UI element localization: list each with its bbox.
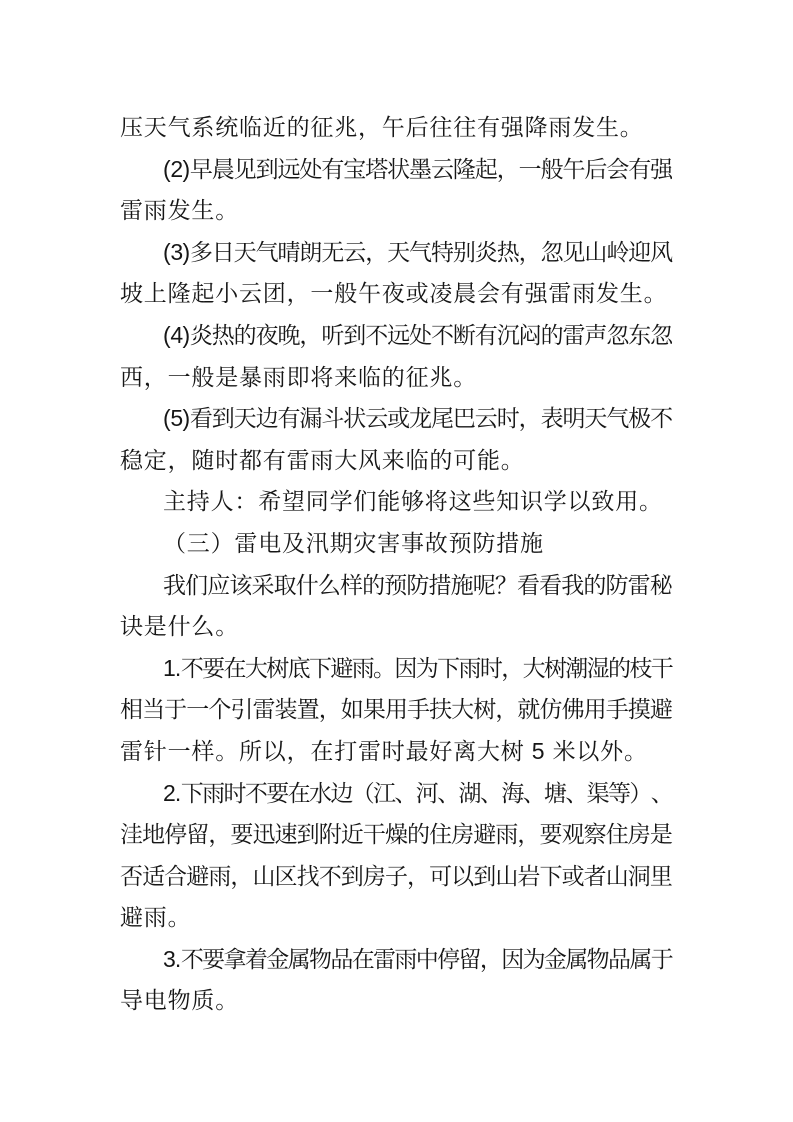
text-char: 漏 [299, 398, 321, 440]
text-char: ， [365, 232, 387, 274]
text-char: 一 [519, 149, 541, 191]
text-char: 有 [321, 149, 343, 191]
text-char: 看 [539, 565, 561, 607]
text-char: 听 [321, 315, 343, 357]
text-line: 避雨。 [120, 897, 672, 939]
text-char: 属 [629, 939, 650, 981]
text-char: 等 [608, 773, 629, 815]
text-char: 合 [164, 856, 186, 898]
text-char: 不 [365, 315, 387, 357]
text-char: 般 [541, 149, 563, 191]
text-char: （ [352, 773, 373, 815]
text-char: 为 [416, 648, 437, 690]
text-char: 物 [587, 939, 608, 981]
text-char: 要 [202, 648, 223, 690]
text-char: 避 [473, 814, 495, 856]
text-char: 就 [517, 689, 539, 731]
text-block: 压天气系统临近的征兆，午后往往有强降雨发生。(2)早晨见到远处有宝塔状墨云隆起，… [120, 107, 672, 1022]
text-char: 3 [163, 939, 175, 981]
text-char: 宝 [343, 149, 365, 191]
text-char: 应 [207, 565, 229, 607]
text-char: 状 [343, 398, 365, 440]
text-char: ( [163, 149, 170, 191]
text-char: 相 [120, 689, 142, 731]
text-char: 什 [296, 565, 318, 607]
text-char: 东 [628, 315, 650, 357]
text-char: 忽 [650, 315, 672, 357]
text-char: 沉 [497, 315, 519, 357]
text-char: 预 [384, 565, 406, 607]
text-char: 龙 [409, 398, 431, 440]
text-char: 留 [458, 939, 479, 981]
text-char: 我 [561, 565, 583, 607]
text-char: 否 [120, 856, 142, 898]
text-char: 无 [321, 232, 343, 274]
text-char: 1 [163, 648, 175, 690]
text-char: 见 [562, 232, 584, 274]
text-char: 炎 [190, 315, 212, 357]
text-char: 到 [343, 315, 365, 357]
text-char: ， [519, 232, 541, 274]
text-char: 4 [170, 315, 182, 357]
text-char: 看 [190, 398, 212, 440]
text-char: 当 [142, 689, 164, 731]
text-char: 隆 [453, 149, 475, 191]
text-char: 渠 [587, 773, 608, 815]
text-char: 的 [234, 315, 256, 357]
text-char: 雷 [373, 939, 394, 981]
text-char: 防 [606, 565, 628, 607]
text-char: 尾 [431, 398, 453, 440]
text-char: 手 [407, 689, 429, 731]
text-char: 山 [584, 232, 606, 274]
text-char: 速 [275, 814, 297, 856]
text-char: 引 [230, 689, 252, 731]
text-char: 表 [541, 398, 563, 440]
text-char: ， [299, 315, 321, 357]
text-char: 扶 [429, 689, 451, 731]
text-char: 避 [650, 689, 672, 731]
text-char: 时 [224, 773, 245, 815]
text-char: 区 [275, 856, 297, 898]
text-char: 别 [453, 232, 475, 274]
text-char: 适 [142, 856, 164, 898]
text-line: 否适合避雨，山区找不到房子，可以到山岩下或者山洞里 [120, 856, 672, 898]
text-line: 西，一般是暴雨即将来临的征兆。 [120, 357, 672, 399]
text-char: 岩 [517, 856, 539, 898]
text-char: 炎 [475, 232, 497, 274]
text-char: 个 [208, 689, 230, 731]
text-char: 品 [330, 939, 351, 981]
text-char: 云 [365, 398, 387, 440]
text-line: 1.不要在大树底下避雨。因为下雨时，大树潮湿的枝干 [120, 648, 672, 690]
text-char: 找 [297, 856, 319, 898]
text-char: 见 [234, 149, 256, 191]
text-char: 气 [409, 232, 431, 274]
text-char: 拿 [224, 939, 245, 981]
text-char: 处 [409, 315, 431, 357]
text-line: 导电物质。 [120, 980, 672, 1022]
text-char: 可 [429, 856, 451, 898]
text-char: 大 [523, 648, 544, 690]
text-char: 有 [475, 315, 497, 357]
text-char: 物 [309, 939, 330, 981]
text-char: 雨 [208, 856, 230, 898]
text-char: 热 [212, 315, 234, 357]
text-char: 天 [234, 232, 256, 274]
text-char: 树 [473, 689, 495, 731]
text-char: 装 [275, 689, 297, 731]
text-char: 、 [523, 773, 544, 815]
text-char: 雨 [352, 648, 373, 690]
text-char: 、 [565, 773, 586, 815]
text-char: 雨 [495, 814, 517, 856]
text-char: 、 [480, 773, 501, 815]
text-char: 如 [341, 689, 363, 731]
text-char: 山 [495, 856, 517, 898]
text-char: ） [629, 773, 650, 815]
text-char: ) [183, 149, 190, 191]
text-char: 于 [651, 939, 672, 981]
text-char: ， [497, 149, 519, 191]
text-char: 风 [650, 232, 672, 274]
text-char: 属 [288, 939, 309, 981]
text-char: 雨 [202, 773, 223, 815]
text-char: 果 [363, 689, 385, 731]
text-char: 附 [319, 814, 341, 856]
text-char: 观 [562, 814, 584, 856]
text-char: 湿 [587, 648, 608, 690]
text-char: 边 [256, 398, 278, 440]
text-char: 晚 [278, 315, 300, 357]
text-char: 干 [363, 814, 385, 856]
text-char: 察 [584, 814, 606, 856]
text-char: 斗 [321, 398, 343, 440]
text-char: 的 [583, 565, 605, 607]
text-char: 洞 [628, 856, 650, 898]
text-char: 湖 [458, 773, 479, 815]
text-char: 为 [523, 939, 544, 981]
text-char: 燥 [385, 814, 407, 856]
text-char: 有 [278, 398, 300, 440]
text-char: 状 [387, 149, 409, 191]
text-char: 手 [606, 689, 628, 731]
text-char: ， [407, 856, 429, 898]
text-char: 是 [650, 814, 672, 856]
text-char: 、 [651, 773, 672, 815]
text-char: 晨 [212, 149, 234, 191]
text-char: 样 [340, 565, 362, 607]
text-char: 迎 [628, 232, 650, 274]
text-char: 忽 [541, 232, 563, 274]
text-char: 云 [343, 232, 365, 274]
text-char: 2 [163, 773, 175, 815]
text-char: 强 [650, 149, 672, 191]
text-char: ( [163, 232, 170, 274]
text-char: 呢 [473, 565, 495, 607]
text-char: ， [501, 648, 522, 690]
text-char: 潮 [565, 648, 586, 690]
text-char: 着 [245, 939, 266, 981]
text-char: ) [183, 232, 190, 274]
text-char: ， [517, 814, 539, 856]
text-char: ， [230, 856, 252, 898]
text-char: 要 [539, 814, 561, 856]
text-char: 金 [266, 939, 287, 981]
text-char: 3 [170, 232, 182, 274]
text-char: 墨 [409, 149, 431, 191]
text-char: 云 [431, 149, 453, 191]
text-char: 用 [584, 689, 606, 731]
text-char: 洼 [120, 814, 142, 856]
text-char: 金 [544, 939, 565, 981]
text-char: 2 [170, 149, 182, 191]
text-char: 不 [245, 773, 266, 815]
text-char: 不 [650, 398, 672, 440]
text-line: 主持人：希望同学们能够将这些知识学以致用。 [120, 481, 672, 523]
text-char: 巴 [453, 398, 475, 440]
text-char: 大 [245, 648, 266, 690]
text-char: 因 [501, 939, 522, 981]
text-char: 有 [628, 149, 650, 191]
text-char: 雨 [394, 939, 415, 981]
text-char: ( [163, 398, 170, 440]
text-char: 到 [473, 856, 495, 898]
text-char: 枝 [629, 648, 650, 690]
text-line: 雷针一样。所以，在打雷时最好离大树 5 米以外。 [120, 731, 672, 773]
text-char: 气 [606, 398, 628, 440]
text-char: 避 [330, 648, 351, 690]
text-char: 取 [274, 565, 296, 607]
text-char: 后 [584, 149, 606, 191]
text-char: 、 [394, 773, 415, 815]
text-char: 于 [164, 689, 186, 731]
text-char: 早 [190, 149, 212, 191]
text-char: 下 [539, 856, 561, 898]
text-char: ， [319, 689, 341, 731]
text-char: 晴 [278, 232, 300, 274]
text-char: 不 [181, 939, 202, 981]
text-char: 防 [406, 565, 428, 607]
text-char: 住 [429, 814, 451, 856]
text-char: 置 [297, 689, 319, 731]
text-char: 声 [584, 315, 606, 357]
text-char: 闷 [519, 315, 541, 357]
text-char: 到 [256, 149, 278, 191]
text-char: 到 [297, 814, 319, 856]
text-char: 以 [451, 856, 473, 898]
text-char: 起 [475, 149, 497, 191]
text-char: 住 [606, 814, 628, 856]
text-char: 极 [628, 398, 650, 440]
text-line: 坡上隆起小云团，一般午夜或凌晨会有强雷雨发生。 [120, 273, 672, 315]
text-char: 塔 [365, 149, 387, 191]
text-char: 朗 [299, 232, 321, 274]
text-char: 时 [497, 398, 519, 440]
text-char: 在 [352, 939, 373, 981]
text-char: 天 [584, 398, 606, 440]
text-char: 干 [651, 648, 672, 690]
text-char: 者 [584, 856, 606, 898]
text-char: 子 [385, 856, 407, 898]
text-char: ？ [495, 565, 517, 607]
text-char: 留 [186, 814, 208, 856]
text-char: 的 [362, 565, 384, 607]
text-line: 洼地停留，要迅速到附近干燥的住房避雨，要观察住房是 [120, 814, 672, 856]
text-char: 下 [181, 773, 202, 815]
text-line: 3.不要拿着金属物品在雷雨中停留，因为金属物品属于 [120, 939, 672, 981]
text-char: 雷 [628, 565, 650, 607]
text-char: 在 [224, 648, 245, 690]
text-char: 雷 [562, 315, 584, 357]
text-line: 诀是什么。 [120, 606, 672, 648]
text-char: 时 [480, 648, 501, 690]
text-char: 属 [565, 939, 586, 981]
text-char: 山 [606, 856, 628, 898]
text-char: 地 [142, 814, 164, 856]
text-char: ， [495, 689, 517, 731]
text-char: 停 [437, 939, 458, 981]
text-char: 水 [309, 773, 330, 815]
text-char: 看 [517, 565, 539, 607]
text-char: ) [183, 315, 190, 357]
text-char: 要 [266, 773, 287, 815]
text-char: 措 [429, 565, 451, 607]
text-char: 热 [497, 232, 519, 274]
text-char: 雨 [458, 648, 479, 690]
text-char: 日 [212, 232, 234, 274]
text-line: （三）雷电及汛期灾害事故预防措施 [120, 523, 672, 565]
text-char: 或 [387, 398, 409, 440]
text-char: 树 [266, 648, 287, 690]
text-char: ， [519, 398, 541, 440]
text-char: 要 [230, 814, 252, 856]
text-char: 气 [256, 232, 278, 274]
text-char: 房 [451, 814, 473, 856]
text-char: 下 [309, 648, 330, 690]
text-char: 天 [387, 232, 409, 274]
text-char: 们 [185, 565, 207, 607]
text-char: 夜 [256, 315, 278, 357]
text-char: 不 [319, 856, 341, 898]
text-char: 么 [318, 565, 340, 607]
text-char: 或 [562, 856, 584, 898]
text-char: 我 [163, 565, 185, 607]
text-char: 的 [407, 814, 429, 856]
text-char: 忽 [606, 315, 628, 357]
text-line: (2)早晨见到远处有宝塔状墨云隆起，一般午后会有强 [120, 149, 672, 191]
text-char: 特 [431, 232, 453, 274]
text-char: 河 [416, 773, 437, 815]
text-char: 摸 [628, 689, 650, 731]
text-line: 2.下雨时不要在水边（江、河、湖、海、塘、渠等）、 [120, 773, 672, 815]
text-char: 明 [562, 398, 584, 440]
text-char: 要 [202, 939, 223, 981]
text-char: 中 [416, 939, 437, 981]
text-char: 房 [628, 814, 650, 856]
text-char: 山 [252, 856, 274, 898]
text-char: 避 [186, 856, 208, 898]
text-char: 树 [544, 648, 565, 690]
text-char: 断 [453, 315, 475, 357]
text-char: 到 [341, 856, 363, 898]
text-char: ， [208, 814, 230, 856]
text-char: 房 [363, 856, 385, 898]
text-char: 仿 [539, 689, 561, 731]
text-char: 不 [431, 315, 453, 357]
text-char: 云 [475, 398, 497, 440]
text-char: 午 [562, 149, 584, 191]
text-line: (3)多日天气晴朗无云，天气特别炎热，忽见山岭迎风 [120, 232, 672, 274]
text-char: 不 [181, 648, 202, 690]
text-char: 下 [437, 648, 458, 690]
text-char: 在 [288, 773, 309, 815]
text-char: 里 [650, 856, 672, 898]
text-char: 因 [394, 648, 415, 690]
text-char: 远 [278, 149, 300, 191]
text-char: 秘 [650, 565, 672, 607]
text-line: 我们应该采取什么样的预防措施呢？看看我的防雷秘 [120, 565, 672, 607]
text-char: 停 [164, 814, 186, 856]
text-char: 处 [299, 149, 321, 191]
text-char: 品 [608, 939, 629, 981]
text-char: 边 [330, 773, 351, 815]
text-char: 的 [608, 648, 629, 690]
text-char: 用 [385, 689, 407, 731]
text-char: 、 [437, 773, 458, 815]
text-char: 佛 [562, 689, 584, 731]
text-char: ， [480, 939, 501, 981]
text-char: 5 [170, 398, 182, 440]
text-line: (4)炎热的夜晚，听到不远处不断有沉闷的雷声忽东忽 [120, 315, 672, 357]
document-page: 压天气系统临近的征兆，午后往往有强降雨发生。(2)早晨见到远处有宝塔状墨云隆起，… [0, 0, 793, 1122]
text-char: 大 [451, 689, 473, 731]
text-char: 到 [212, 398, 234, 440]
text-char: 迅 [252, 814, 274, 856]
text-char: 岭 [606, 232, 628, 274]
text-char: 会 [606, 149, 628, 191]
text-line: 雷雨发生。 [120, 190, 672, 232]
text-char: 江 [373, 773, 394, 815]
text-char: 海 [501, 773, 522, 815]
text-char: ( [163, 315, 170, 357]
text-char: 的 [541, 315, 563, 357]
text-line: 稳定，随时都有雷雨大风来临的可能。 [120, 440, 672, 482]
text-char: 该 [229, 565, 251, 607]
text-line: 压天气系统临近的征兆，午后往往有强降雨发生。 [120, 107, 672, 149]
text-char: ) [183, 398, 190, 440]
text-line: (5)看到天边有漏斗状云或龙尾巴云时，表明天气极不 [120, 398, 672, 440]
text-char: 塘 [544, 773, 565, 815]
text-char: 天 [234, 398, 256, 440]
text-char: 底 [288, 648, 309, 690]
text-char: 。 [373, 648, 394, 690]
text-line: 相当于一个引雷装置，如果用手扶大树，就仿佛用手摸避 [120, 689, 672, 731]
text-char: 多 [190, 232, 212, 274]
text-char: 一 [186, 689, 208, 731]
text-char: 采 [252, 565, 274, 607]
text-char: 远 [387, 315, 409, 357]
text-char: 施 [451, 565, 473, 607]
text-char: 近 [341, 814, 363, 856]
text-char: 雷 [252, 689, 274, 731]
